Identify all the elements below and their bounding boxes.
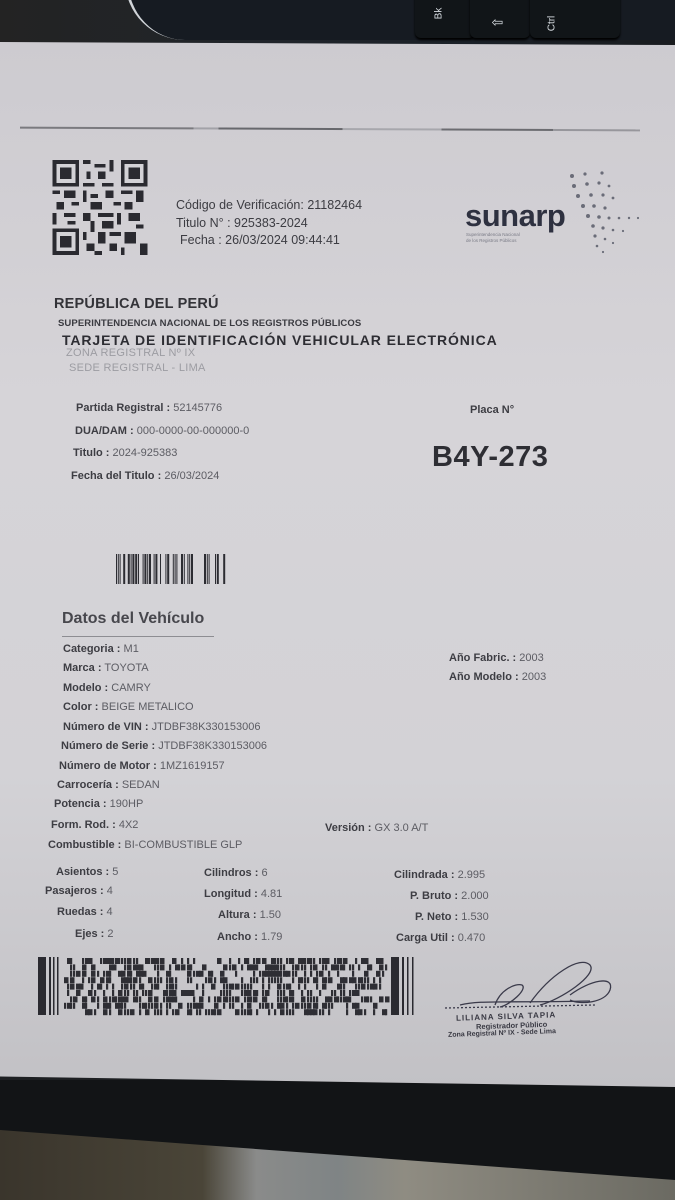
field-label: Altura : xyxy=(218,909,257,921)
pasajeros-field: Pasajeros : 4 xyxy=(45,885,113,897)
field-value: 4 xyxy=(107,885,113,897)
field-value: 2 xyxy=(107,928,113,940)
titulo-field: Titulo : 2024-925383 xyxy=(73,447,177,459)
field-label: Ruedas : xyxy=(57,906,103,918)
field-label: Marca : xyxy=(63,662,102,674)
cilindrada-field: Cilindrada : 2.995 xyxy=(394,869,485,881)
field-label: Form. Rod. : xyxy=(51,819,116,831)
field-label: Partida Registral : xyxy=(76,402,170,414)
field-label: Cilindros : xyxy=(204,867,258,879)
issue-datetime: Fecha : 26/03/2024 09:44:41 xyxy=(180,232,362,250)
partida-field: Partida Registral : 52145776 xyxy=(76,402,222,414)
field-label: Pasajeros : xyxy=(45,885,104,897)
field-value: SEDAN xyxy=(122,779,160,791)
field-value: 5 xyxy=(112,866,118,878)
ejes-field: Ejes : 2 xyxy=(75,928,114,940)
key-label: ⇧ xyxy=(489,17,506,29)
fecha-titulo-field: Fecha del Titulo : 26/03/2024 xyxy=(71,470,219,482)
combustible-field: Combustible : BI-COMBUSTIBLE GLP xyxy=(48,839,242,851)
categoria-field: Categoria : M1 xyxy=(63,643,139,655)
field-label: Modelo : xyxy=(63,682,108,694)
field-value: 6 xyxy=(261,867,267,879)
field-value: 2024-925383 xyxy=(113,447,178,459)
agency-name: SUPERINTENDENCIA NACIONAL DE LOS REGISTR… xyxy=(58,318,361,329)
field-label: DUA/DAM : xyxy=(75,425,134,437)
logo-subtitle-line: de los Registros Públicos xyxy=(466,238,520,244)
motor-field: Número de Motor : 1MZ1619157 xyxy=(59,760,225,772)
field-label: Número de VIN : xyxy=(63,721,149,733)
field-value: BEIGE METALICO xyxy=(102,701,194,713)
field-label: Titulo : xyxy=(73,447,109,459)
logo-wordmark: sunarp xyxy=(465,198,565,234)
field-value: 1MZ1619157 xyxy=(160,760,225,772)
serie-field: Número de Serie : JTDBF38K330153006 xyxy=(61,740,267,752)
field-value: 26/03/2024 xyxy=(164,470,219,482)
carroceria-field: Carrocería : SEDAN xyxy=(57,779,160,791)
verification-block: Código de Verificación: 21182464 Titulo … xyxy=(176,197,362,250)
cilindros-field: Cilindros : 6 xyxy=(204,867,268,879)
field-value: 4X2 xyxy=(119,819,139,831)
carga-util-field: Carga Util : 0.470 xyxy=(396,932,485,944)
field-label: Carga Util : xyxy=(396,932,455,944)
color-field: Color : BEIGE METALICO xyxy=(63,701,194,713)
form-rod-field: Form. Rod. : 4X2 xyxy=(51,819,138,831)
field-value: GX 3.0 A/T xyxy=(375,822,429,834)
keyboard-key: ⇧ xyxy=(470,0,530,38)
keyboard-key: Bk xyxy=(415,0,475,38)
key-label: Ctrl xyxy=(546,16,557,32)
p-neto-field: P. Neto : 1.530 xyxy=(415,911,489,923)
field-value: 4 xyxy=(107,906,113,918)
field-label: Número de Motor : xyxy=(59,760,157,772)
section-divider xyxy=(62,636,214,637)
field-label: Asientos : xyxy=(56,866,109,878)
field-value: 1.79 xyxy=(261,931,282,943)
sunarp-logo: sunarp Superintendencia Nacional de los … xyxy=(462,168,642,258)
altura-field: Altura : 1.50 xyxy=(218,909,281,921)
key-label: Bk xyxy=(433,8,444,20)
verification-code: Código de Verificación: 21182464 xyxy=(176,197,362,215)
field-label: Color : xyxy=(63,701,98,713)
ancho-field: Ancho : 1.79 xyxy=(217,931,282,943)
field-value: 2.995 xyxy=(458,869,486,881)
field-label: Carrocería : xyxy=(57,779,119,791)
republic-heading: REPÚBLICA DEL PERÚ xyxy=(54,296,219,312)
field-label: Potencia : xyxy=(54,798,107,810)
ruedas-field: Ruedas : 4 xyxy=(57,906,113,918)
field-value: 000-0000-00-000000-0 xyxy=(137,425,250,437)
field-label: Ejes : xyxy=(75,928,104,940)
logo-subtitle: Superintendencia Nacional de los Registr… xyxy=(466,232,520,244)
field-value: 2003 xyxy=(522,671,546,683)
vin-field: Número de VIN : JTDBF38K330153006 xyxy=(63,721,261,733)
field-label: Versión : xyxy=(325,822,371,834)
title-number: Titulo N° : 925383-2024 xyxy=(176,215,362,233)
field-label: Cilindrada : xyxy=(394,869,455,881)
field-value: 0.470 xyxy=(458,932,486,944)
pdf417-barcode xyxy=(36,955,421,1017)
field-label: Fecha del Titulo : xyxy=(71,470,161,482)
document-title: TARJETA DE IDENTIFICACIÓN VEHICULAR ELEC… xyxy=(62,332,498,348)
asientos-field: Asientos : 5 xyxy=(56,866,118,878)
modelo-field: Modelo : CAMRY xyxy=(63,682,151,694)
field-value: 52145776 xyxy=(173,402,222,414)
version-field: Versión : GX 3.0 A/T xyxy=(325,822,428,834)
field-value: CAMRY xyxy=(111,682,151,694)
field-label: P. Bruto : xyxy=(410,890,458,902)
field-label: Longitud : xyxy=(204,888,258,900)
potencia-field: Potencia : 190HP xyxy=(54,798,143,810)
field-value: 2.000 xyxy=(461,890,489,902)
anio-modelo-field: Año Modelo : 2003 xyxy=(449,671,546,683)
field-value: JTDBF38K330153006 xyxy=(158,740,267,752)
field-value: 1.50 xyxy=(260,909,281,921)
field-value: 1.530 xyxy=(461,911,489,923)
field-label: Combustible : xyxy=(48,839,121,851)
field-value: BI-COMBUSTIBLE GLP xyxy=(124,839,242,851)
barcode xyxy=(116,554,228,584)
registry-office: SEDE REGISTRAL - LIMA xyxy=(69,362,206,374)
keyboard-key: Ctrl xyxy=(530,0,620,38)
marca-field: Marca : TOYOTA xyxy=(63,662,149,674)
vehicle-section-title: Datos del Vehículo xyxy=(62,610,204,628)
field-value: 2003 xyxy=(519,652,543,664)
longitud-field: Longitud : 4.81 xyxy=(204,888,282,900)
plate-label: Placa N° xyxy=(470,404,514,416)
field-label: P. Neto : xyxy=(415,911,458,923)
field-label: Año Modelo : xyxy=(449,671,519,683)
anio-fabric-field: Año Fabric. : 2003 xyxy=(449,652,544,664)
field-value: TOYOTA xyxy=(104,662,148,674)
field-label: Ancho : xyxy=(217,931,258,943)
dua-field: DUA/DAM : 000-0000-00-000000-0 xyxy=(75,425,249,437)
qr-code xyxy=(50,160,150,255)
field-label: Número de Serie : xyxy=(61,740,155,752)
field-label: Categoria : xyxy=(63,643,120,655)
registry-zone: ZONA REGISTRAL Nº IX xyxy=(66,347,195,359)
plate-number: B4Y-273 xyxy=(432,441,548,474)
p-bruto-field: P. Bruto : 2.000 xyxy=(410,890,489,902)
field-value: M1 xyxy=(124,643,139,655)
field-value: 4.81 xyxy=(261,888,282,900)
field-label: Año Fabric. : xyxy=(449,652,516,664)
field-value: JTDBF38K330153006 xyxy=(152,721,261,733)
field-value: 190HP xyxy=(110,798,144,810)
